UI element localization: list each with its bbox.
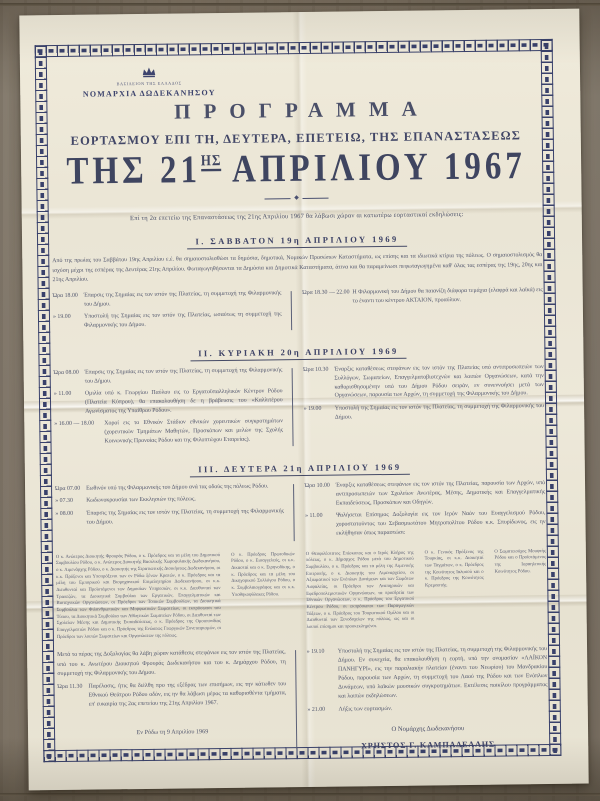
invitee-column-1: Ο κ. Ανώτερος Διοικητής Φρουράς Ρόδου, ο… [56,553,221,642]
intro-line: Επί τη 2α επετείω της Επαναστάσεως της 2… [52,210,542,223]
schedule-entry: » 16.00 — 18.00 Χοροί εις το Εθνικόν Στά… [54,418,283,448]
entry-text: Παρέλασις, ήτις θα διέλθη προ της εξέδρα… [88,680,286,709]
entry-text: Υποστολή της Σημαίας εις τον ιστόν της Π… [338,645,548,701]
entry-time: » 08.00 [55,509,86,527]
entry-text: Εωθινόν υπό της Φιλαρμονικής του Δήμου α… [86,482,284,493]
section-1-heading: Ι. ΣΑΒΒΑΤΟΝ 19η ΑΠΡΙΛΙΟΥ 1969 [187,234,406,250]
entry-time: Ώρα 10.30 [303,365,334,401]
entry-time: » 11.00 [54,390,85,417]
entry-text: Έναρξις καταθέσεως στεφάνων εις τον ιστό… [334,363,544,401]
entry-time: » 19.10 [307,648,339,702]
entry-text: Λήξις των εορτασμών. [338,703,547,715]
entry-text: Υποστολή της Σημαίας εις τον ιστόν της Π… [335,402,545,422]
crown-emblem-icon [141,66,157,79]
invitee-column-2: Ο κ. Πρόεδρος Πρωτοδικών Ρόδου, ο κ. Εισ… [231,552,296,640]
date-place-line: Εν Ρόδω τη 9 Απριλίου 1969 [58,727,287,737]
ornament-divider: ◆ [52,192,542,204]
title-block: ΠΡΟΓΡΑΜΜΑ ΕΟΡΤΑΣΜΟΥ ΕΠΙ ΤΗ, ΔΕΥΤΕΡΑ, ΕΠΕ… [50,95,541,204]
schedule-entry: Ώρα 07.00 Εωθινόν υπό της Φιλαρμονικής τ… [55,482,284,494]
entry-time: » 11.00 [305,512,336,539]
kingdom-label: ΒΑΣΙΛΕΙΟΝ ΤΗΣ ΕΛΛΑΔΟΣ [74,80,224,87]
entry-time: Ώρα 18.30 — 22.00 [302,288,352,307]
entry-time: » 19.00 [304,405,335,423]
schedule-entry: » 19.00 Υποστολή της Σημαίας εις τον ιστ… [304,402,545,423]
schedule-entry: » 11.00 Ψαλήσεται Επίσημος Δοξολογία εις… [305,509,546,539]
schedule-entry: Ώρα 10.00 Έναρξις καταθέσεως στεφάνων ει… [305,479,546,509]
entry-time: Ώρα 10.00 [305,481,336,508]
section-2-columns: Ώρα 08.00 Έπαρσις της Σημαίας εις τον ισ… [54,363,545,451]
invitee-column-5: Ο Σωματειούχος Μουφτής Ρόδου και ο Προϊσ… [494,549,546,636]
wood-plank-gap-bottom [0,793,600,796]
schedule-entry: » 08.00 Έπαρσις της Σημαίας εις τον ιστό… [55,507,284,528]
issuing-authority-block: ΒΑΣΙΛΕΙΟΝ ΤΗΣ ΕΛΛΑΔΟΣ ΝΟΜΑΡΧΙΑ ΔΩΔΕΚΑΝΗΣ… [74,65,224,99]
entry-text: Έπαρσις της Σημαίας εις τον ιστόν της Πλ… [84,289,282,309]
closing-paragraph: Μετά το πέρας της Δοξολογίας θα λάβη χώρ… [57,649,286,679]
schedule-entry: Ώρα 10.30 Έναρξις καταθέσεως στεφάνων ει… [303,363,544,402]
date-ordinal-superscript: ΗΣ [201,151,222,171]
invitee-column-4: Ο κ. Γενικός Πρόξενος της Τουρκίας, οι κ… [425,549,485,636]
entry-text: Κωδωνοκρουσίαι των Εκκλησιών της πόλεως. [86,495,284,506]
section-2-heading: ΙΙ. ΚΥΡΙΑΚΗ 20η ΑΠΡΙΛΙΟΥ 1969 [190,345,407,361]
closing-columns: Μετά το πέρας της Δοξολογίας θα λάβη χώρ… [57,645,548,753]
entry-time: Ώρα 07.00 [55,484,86,493]
program-date-headline: ΤΗΣ 21ΗΣ ΑΠΡΙΛΙΟΥ 1967 [66,145,526,194]
schedule-entry: Ώρα 18.00 Έπαρσις της Σημαίας εις τον ισ… [53,289,282,310]
schedule-entry: » 19.00 Υποστολή της Σημαίας εις τον ιστ… [53,310,282,331]
section-1-lead-paragraph: Από της πρωίας του Σαββάτου 19ης Απριλίο… [52,251,542,286]
section-3-heading: ΙΙΙ. ΔΕΥΤΕΡΑ 21η ΑΠΡΙΛΙΟΥ 1969 [190,462,409,478]
entry-text: Έπαρσις της Σημαίας εις τον ιστόν της Πλ… [85,366,283,386]
entry-text: Χοροί εις το Εθνικόν Στάδιον εθνικών χορ… [104,418,283,447]
schedule-entry: » 19.10 Υποστολή της Σημαίας εις τον ιστ… [307,645,548,702]
entry-time: » 21.00 [307,705,338,714]
wood-plank-gap-top [0,3,600,6]
entry-time: Ώρα 11.30 [57,682,88,709]
entry-time: Ώρα 08.00 [54,368,85,386]
section-1-columns: Ώρα 18.00 Έπαρσις της Σημαίας εις τον ισ… [53,286,543,335]
schedule-entry: » 07.30 Κωδωνοκρουσίαι των Εκκλησιών της… [55,495,284,507]
invitee-column-3: Ο Θεοφιλέστατος Επίσκοπος και ο Ιερός Κλ… [306,550,415,638]
parade-entry: Ώρα 11.30 Παρέλασις, ήτις θα διέλθη προ … [57,680,286,710]
poster-paper: ΒΑΣΙΛΕΙΟΝ ΤΗΣ ΕΛΛΑΔΟΣ ΝΟΜΑΡΧΙΑ ΔΩΔΕΚΑΝΗΣ… [19,9,588,791]
poster-content: ΒΑΣΙΛΕΙΟΝ ΤΗΣ ΕΛΛΑΔΟΣ ΝΟΜΑΡΧΙΑ ΔΩΔΕΚΑΝΗΣ… [50,53,548,748]
entry-text: Υποστολή της Σημαίας εις τον ιστόν της Π… [84,310,282,330]
signature-role: Ο Νομάρχης Δωδεκανήσου [308,724,548,734]
entry-text: Η Φιλαρμονική του Δήμου θα παιανίζη διάφ… [352,286,543,306]
entry-time: » 16.00 — 18.00 [54,420,104,448]
program-title: ΠΡΟΓΡΑΜΜΑ [50,95,540,126]
section-3-columns: Ώρα 07.00 Εωθινόν υπό της Φιλαρμονικής τ… [55,479,546,546]
entry-text: Έναρξις καταθέσεως στεφάνων εις τον ιστό… [336,479,546,508]
entry-text: Ομιλία υπό κ. Γεωργίου Παύλου εις το Εργ… [85,387,283,416]
entry-time: Ώρα 18.00 [53,291,84,309]
schedule-entry: » 21.00 Λήξις των εορτασμών. [307,703,547,715]
prefecture-label: ΝΟΜΑΡΧΙΑ ΔΩΔΕΚΑΝΗΣΟΥ [74,88,224,99]
invitees-list: Ο κ. Ανώτερος Διοικητής Φρουράς Ρόδου, ο… [56,549,547,642]
schedule-entry: » 11.00 Ομιλία υπό κ. Γεωργίου Παύλου ει… [54,387,283,417]
schedule-entry: Ώρα 18.30 — 22.00 Η Φιλαρμονική του Δήμο… [302,286,543,307]
entry-text: Έπαρσις της Σημαίας εις τον ιστόν της Πλ… [86,507,284,527]
entry-time: » 07.30 [55,497,86,506]
schedule-entry: Ώρα 08.00 Έπαρσις της Σημαίας εις τον ισ… [54,366,283,387]
signature-block: Ο Νομάρχης Δωδεκανήσου ΧΡΗΣΤΟΣ Γ. ΚΑΜΠΑΔ… [308,724,549,751]
entry-text: Ψαλήσεται Επίσημος Δοξολογία εις τον Ιερ… [336,509,546,538]
entry-time: » 19.00 [53,313,84,331]
